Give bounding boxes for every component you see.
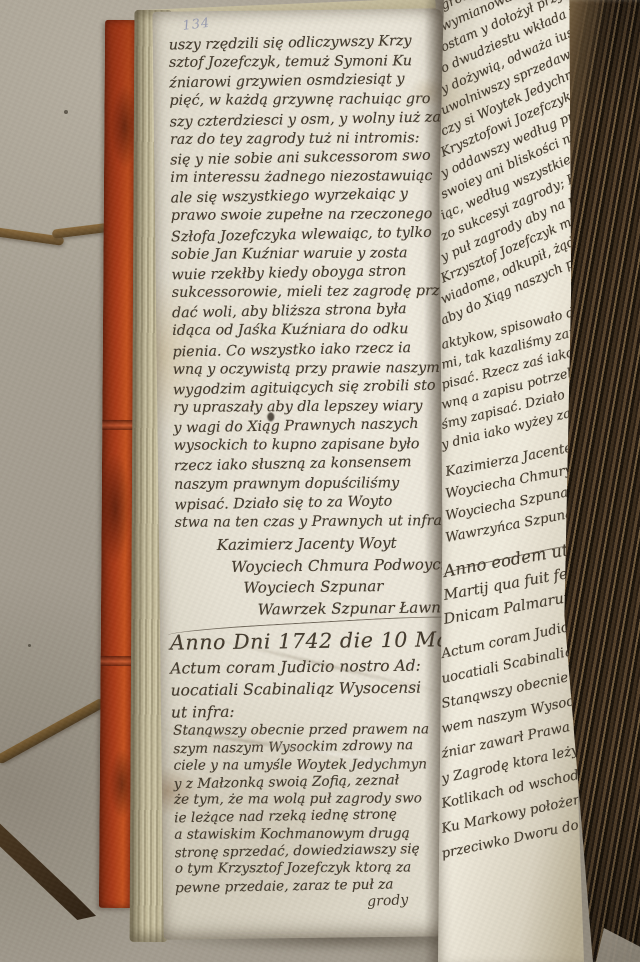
catchword: grody (367, 892, 409, 910)
photo-background: 134 uszy rzędzili się odliczywszy Krzysz… (0, 0, 640, 962)
left-page: 134 uszy rzędzili się odliczywszy Krzysz… (152, 8, 453, 939)
manuscript-line: stwa na ten czas y Prawnych ut infra (175, 512, 451, 533)
felt-speck (28, 644, 31, 647)
heading-line: Anno Dni 1742 die 10 Marty (170, 624, 454, 658)
entry-date-heading: Anno Dni 1742 die 10 MartyActum coram Ju… (170, 624, 454, 724)
heading-line: uocatiali Scabinaliqz Wysocensi (171, 676, 454, 702)
right-page-signatures: Kazimierza Jacentego Woyta PrawdyWoyciec… (446, 462, 584, 550)
page-number: 134 (182, 16, 211, 34)
ink-blot (267, 412, 274, 421)
spine-band (102, 420, 136, 430)
right-page: grody przy nas stoiącwymianowawszy do su… (438, 0, 584, 962)
right-page-new-entry-text: Actum coram Judicio nostro Ad:uocatiali … (442, 642, 584, 867)
right-page-continuation-text: grody przy nas stoiącwymianowawszy do su… (442, 0, 584, 332)
left-page-signatures: Kazimierz Jacenty WoytWoyciech Chmura Po… (217, 532, 454, 621)
signature-line: Woyciech Szpunar (243, 575, 453, 599)
signature-line: Woyciech Chmura Podwoyci (231, 553, 454, 577)
signature-line: Kazimierz Jacenty Woyt (217, 532, 454, 557)
left-page-second-paragraph: Stanąwszy obecnie przed prawem naszym na… (173, 720, 431, 896)
felt-speck (64, 110, 68, 114)
leather-strap-bottom-icon (0, 816, 96, 920)
leather-tie-middle-icon (0, 697, 107, 765)
left-page-main-paragraph: uszy rzędzili się odliczywszy Krzysztof … (169, 32, 451, 533)
spine-band (101, 656, 135, 666)
